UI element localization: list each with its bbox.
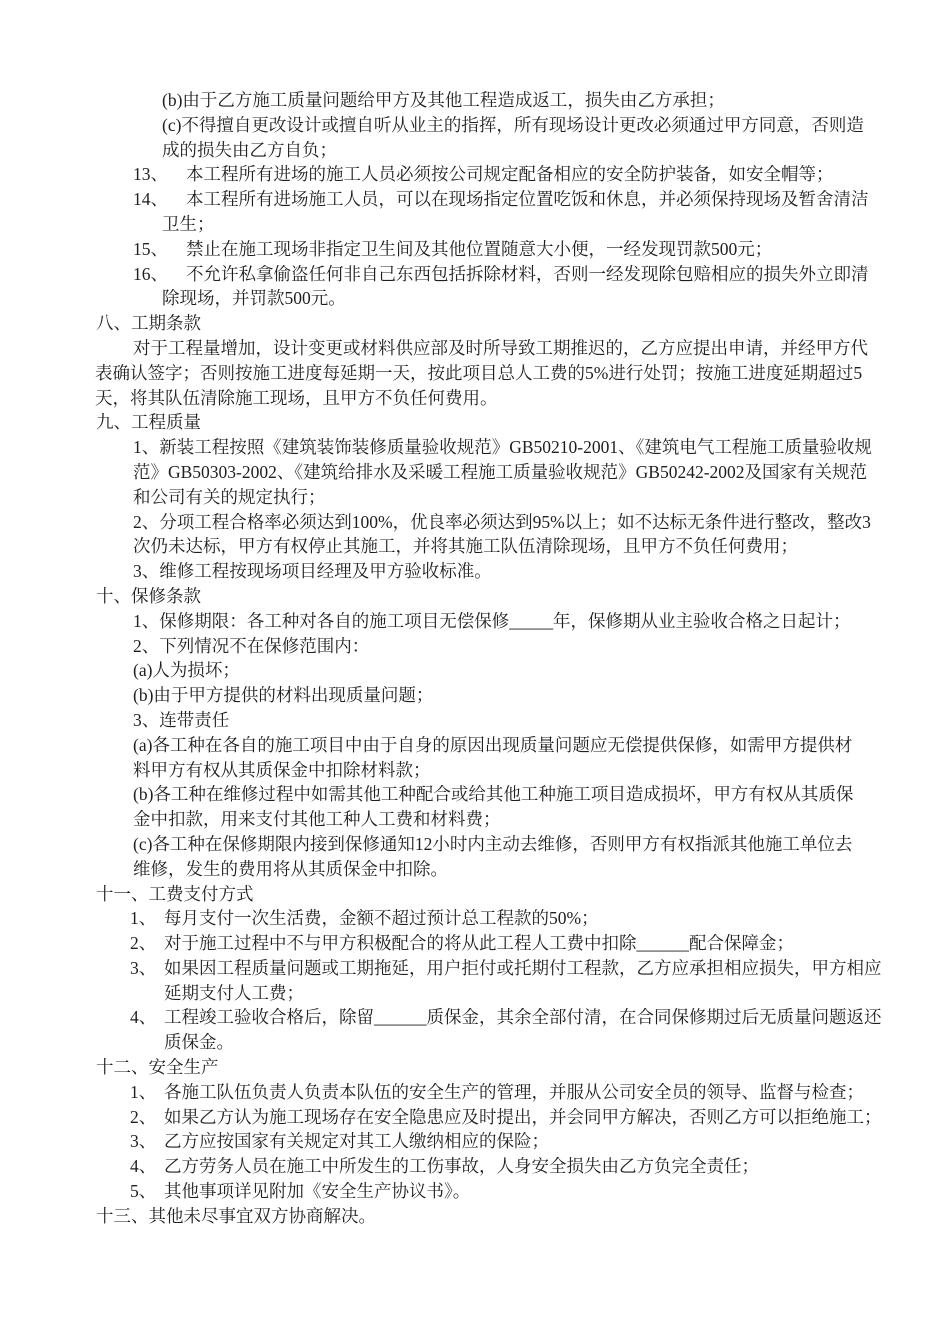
document-line: 次仍未达标，甲方有权停止其施工，并将其施工队伍清除现场，且甲方不负任何费用； <box>133 534 950 559</box>
list-number: 14、 <box>133 187 186 212</box>
document-line: 1、每月支付一次生活费，金额不超过预计总工程款的50%； <box>130 906 950 931</box>
line-text: 其他事项详见附加《安全生产协议书》。 <box>164 1181 470 1201</box>
line-text: 本工程所有进场施工人员，可以在现场指定位置吃饭和休息，并必须保持现场及暂舍清洁 <box>186 189 869 209</box>
document-line: (a)各工种在各自的施工项目中由于自身的原因出现质量问题应无偿提供保修，如需甲方… <box>133 733 950 758</box>
document-line: 表确认签字；否则按施工进度每延期一天，按此项目总人工费的5%进行处罚；按施工进度… <box>95 361 950 386</box>
list-number: 2、 <box>130 1105 164 1130</box>
section-heading: 九、工程质量 <box>96 410 950 435</box>
document-line: 3、乙方应按国家有关规定对其工人缴纳相应的保险； <box>130 1129 950 1154</box>
document-line: 16、不允许私拿偷盗任何非自己东西包括拆除材料，否则一经发现除包赔相应的损失外立… <box>133 262 950 287</box>
document-line: 延期支付人工费； <box>164 981 950 1006</box>
list-number: 13、 <box>133 162 186 187</box>
document-line: 14、本工程所有进场施工人员，可以在现场指定位置吃饭和休息，并必须保持现场及暂舍… <box>133 187 950 212</box>
document-line: 4、工程竣工验收合格后，除留______质保金，其余全部付清，在合同保修期过后无… <box>130 1005 950 1030</box>
document-line: 2、分项工程合格率必须达到100%，优良率必须达到95%以上；如不达标无条件进行… <box>133 510 950 535</box>
line-text: 如果因工程质量问题或工期拖延，用户拒付或托期付工程款，乙方应承担相应损失，甲方相… <box>164 958 882 978</box>
list-number: 1、 <box>130 906 164 931</box>
document-line: 5、其他事项详见附加《安全生产协议书》。 <box>130 1179 950 1204</box>
document-line: (c)不得擅自更改设计或擅自听从业主的指挥，所有现场设计更改必须通过甲方同意，否… <box>162 113 950 138</box>
line-text: 不允许私拿偷盗任何非自己东西包括拆除材料，否则一经发现除包赔相应的损失外立即清 <box>186 264 869 284</box>
document-page: (b)由于乙方施工质量问题给甲方及其他工程造成返工，损失由乙方承担；(c)不得擅… <box>0 0 950 1344</box>
list-number: 1、 <box>130 1080 164 1105</box>
line-text: 如果乙方认为施工现场存在安全隐患应及时提出，并会同甲方解决，否则乙方可以拒绝施工… <box>164 1107 882 1127</box>
document-line: 1、保修期限：各工种对各自的施工项目无偿保修_____年，保修期从业主验收合格之… <box>133 609 950 634</box>
document-line: 除现场，并罚款500元。 <box>162 286 950 311</box>
document-line: (c)各工种在保修期限内接到保修通知12小时内主动去维修，否则甲方有权指派其他施… <box>133 832 950 857</box>
document-line: 2、对于施工过程中不与甲方积极配合的将从此工程人工费中扣除______配合保障金… <box>130 931 950 956</box>
document-line: 13、本工程所有进场的施工人员必须按公司规定配备相应的安全防护装备，如安全帽等； <box>133 162 950 187</box>
document-line: 天，将其队伍清除施工现场，且甲方不负任何费用。 <box>95 386 950 411</box>
line-text: 乙方劳务人员在施工中所发生的工伤事故，人身安全损失由乙方负完全责任； <box>164 1156 759 1176</box>
document-line: 范》GB50303-2002、《建筑给排水及采暖工程施工质量验收规范》GB502… <box>133 460 950 485</box>
contract-text-block: (b)由于乙方施工质量问题给甲方及其他工程造成返工，损失由乙方承担；(c)不得擅… <box>0 0 950 1229</box>
line-text: 每月支付一次生活费，金额不超过预计总工程款的50%； <box>164 908 599 928</box>
document-line: 和公司有关的规定执行； <box>133 485 950 510</box>
document-line: 料甲方有权从其质保金中扣除材料款； <box>133 758 950 783</box>
list-number: 2、 <box>130 931 164 956</box>
list-number: 4、 <box>130 1154 164 1179</box>
list-number: 5、 <box>130 1179 164 1204</box>
line-text: 各施工队伍负责人负责本队伍的安全生产的管理，并服从公司安全员的领导、监督与检查； <box>164 1082 864 1102</box>
document-line: (b)由于乙方施工质量问题给甲方及其他工程造成返工，损失由乙方承担； <box>162 88 950 113</box>
line-text: 乙方应按国家有关规定对其工人缴纳相应的保险； <box>164 1131 549 1151</box>
list-number: 15、 <box>133 237 186 262</box>
line-text: 工程竣工验收合格后，除留______质保金，其余全部付清，在合同保修期过后无质量… <box>164 1007 882 1027</box>
section-heading: 八、工期条款 <box>96 311 950 336</box>
document-line: 维修，发生的费用将从其质保金中扣除。 <box>133 857 950 882</box>
document-line: 3、连带责任 <box>133 708 950 733</box>
document-line: 4、乙方劳务人员在施工中所发生的工伤事故，人身安全损失由乙方负完全责任； <box>130 1154 950 1179</box>
section-heading: 十一、工费支付方式 <box>96 882 950 907</box>
document-line: (b)各工种在维修过程中如需其他工种配合或给其他工种施工项目造成损坏，甲方有权从… <box>133 782 950 807</box>
section-heading: 十三、其他未尽事宜双方协商解决。 <box>96 1204 950 1229</box>
document-line: (a)人为损坏； <box>133 658 950 683</box>
document-line: 3、如果因工程质量问题或工期拖延，用户拒付或托期付工程款，乙方应承担相应损失，甲… <box>130 956 950 981</box>
list-number: 16、 <box>133 262 186 287</box>
list-number: 4、 <box>130 1005 164 1030</box>
document-line: 1、各施工队伍负责人负责本队伍的安全生产的管理，并服从公司安全员的领导、监督与检… <box>130 1080 950 1105</box>
document-line: 金中扣款，用来支付其他工种人工费和材料费； <box>133 807 950 832</box>
section-heading: 十二、安全生产 <box>96 1055 950 1080</box>
document-line: 成的损失由乙方自负； <box>162 138 950 163</box>
list-number: 3、 <box>130 956 164 981</box>
document-line: 2、如果乙方认为施工现场存在安全隐患应及时提出，并会同甲方解决，否则乙方可以拒绝… <box>130 1105 950 1130</box>
line-text: 禁止在施工现场非指定卫生间及其他位置随意大小便，一经发现罚款500元； <box>186 239 772 259</box>
section-heading: 十、保修条款 <box>96 584 950 609</box>
document-line: 3、维修工程按现场项目经理及甲方验收标准。 <box>133 559 950 584</box>
document-line: 15、禁止在施工现场非指定卫生间及其他位置随意大小便，一经发现罚款500元； <box>133 237 950 262</box>
list-number: 3、 <box>130 1129 164 1154</box>
document-line: 2、下列情况不在保修范围内： <box>133 634 950 659</box>
document-line: 对于工程量增加，设计变更或材料供应部及时所导致工期推迟的，乙方应提出申请，并经甲… <box>133 336 950 361</box>
document-line: (b)由于甲方提供的材料出现质量问题； <box>133 683 950 708</box>
document-line: 1、新装工程按照《建筑装饰装修质量验收规范》GB50210-2001、《建筑电气… <box>133 435 950 460</box>
line-text: 本工程所有进场的施工人员必须按公司规定配备相应的安全防护装备，如安全帽等； <box>186 164 834 184</box>
document-line: 质保金。 <box>164 1030 950 1055</box>
document-line: 卫生； <box>162 212 950 237</box>
line-text: 对于施工过程中不与甲方积极配合的将从此工程人工费中扣除______配合保障金； <box>164 933 794 953</box>
